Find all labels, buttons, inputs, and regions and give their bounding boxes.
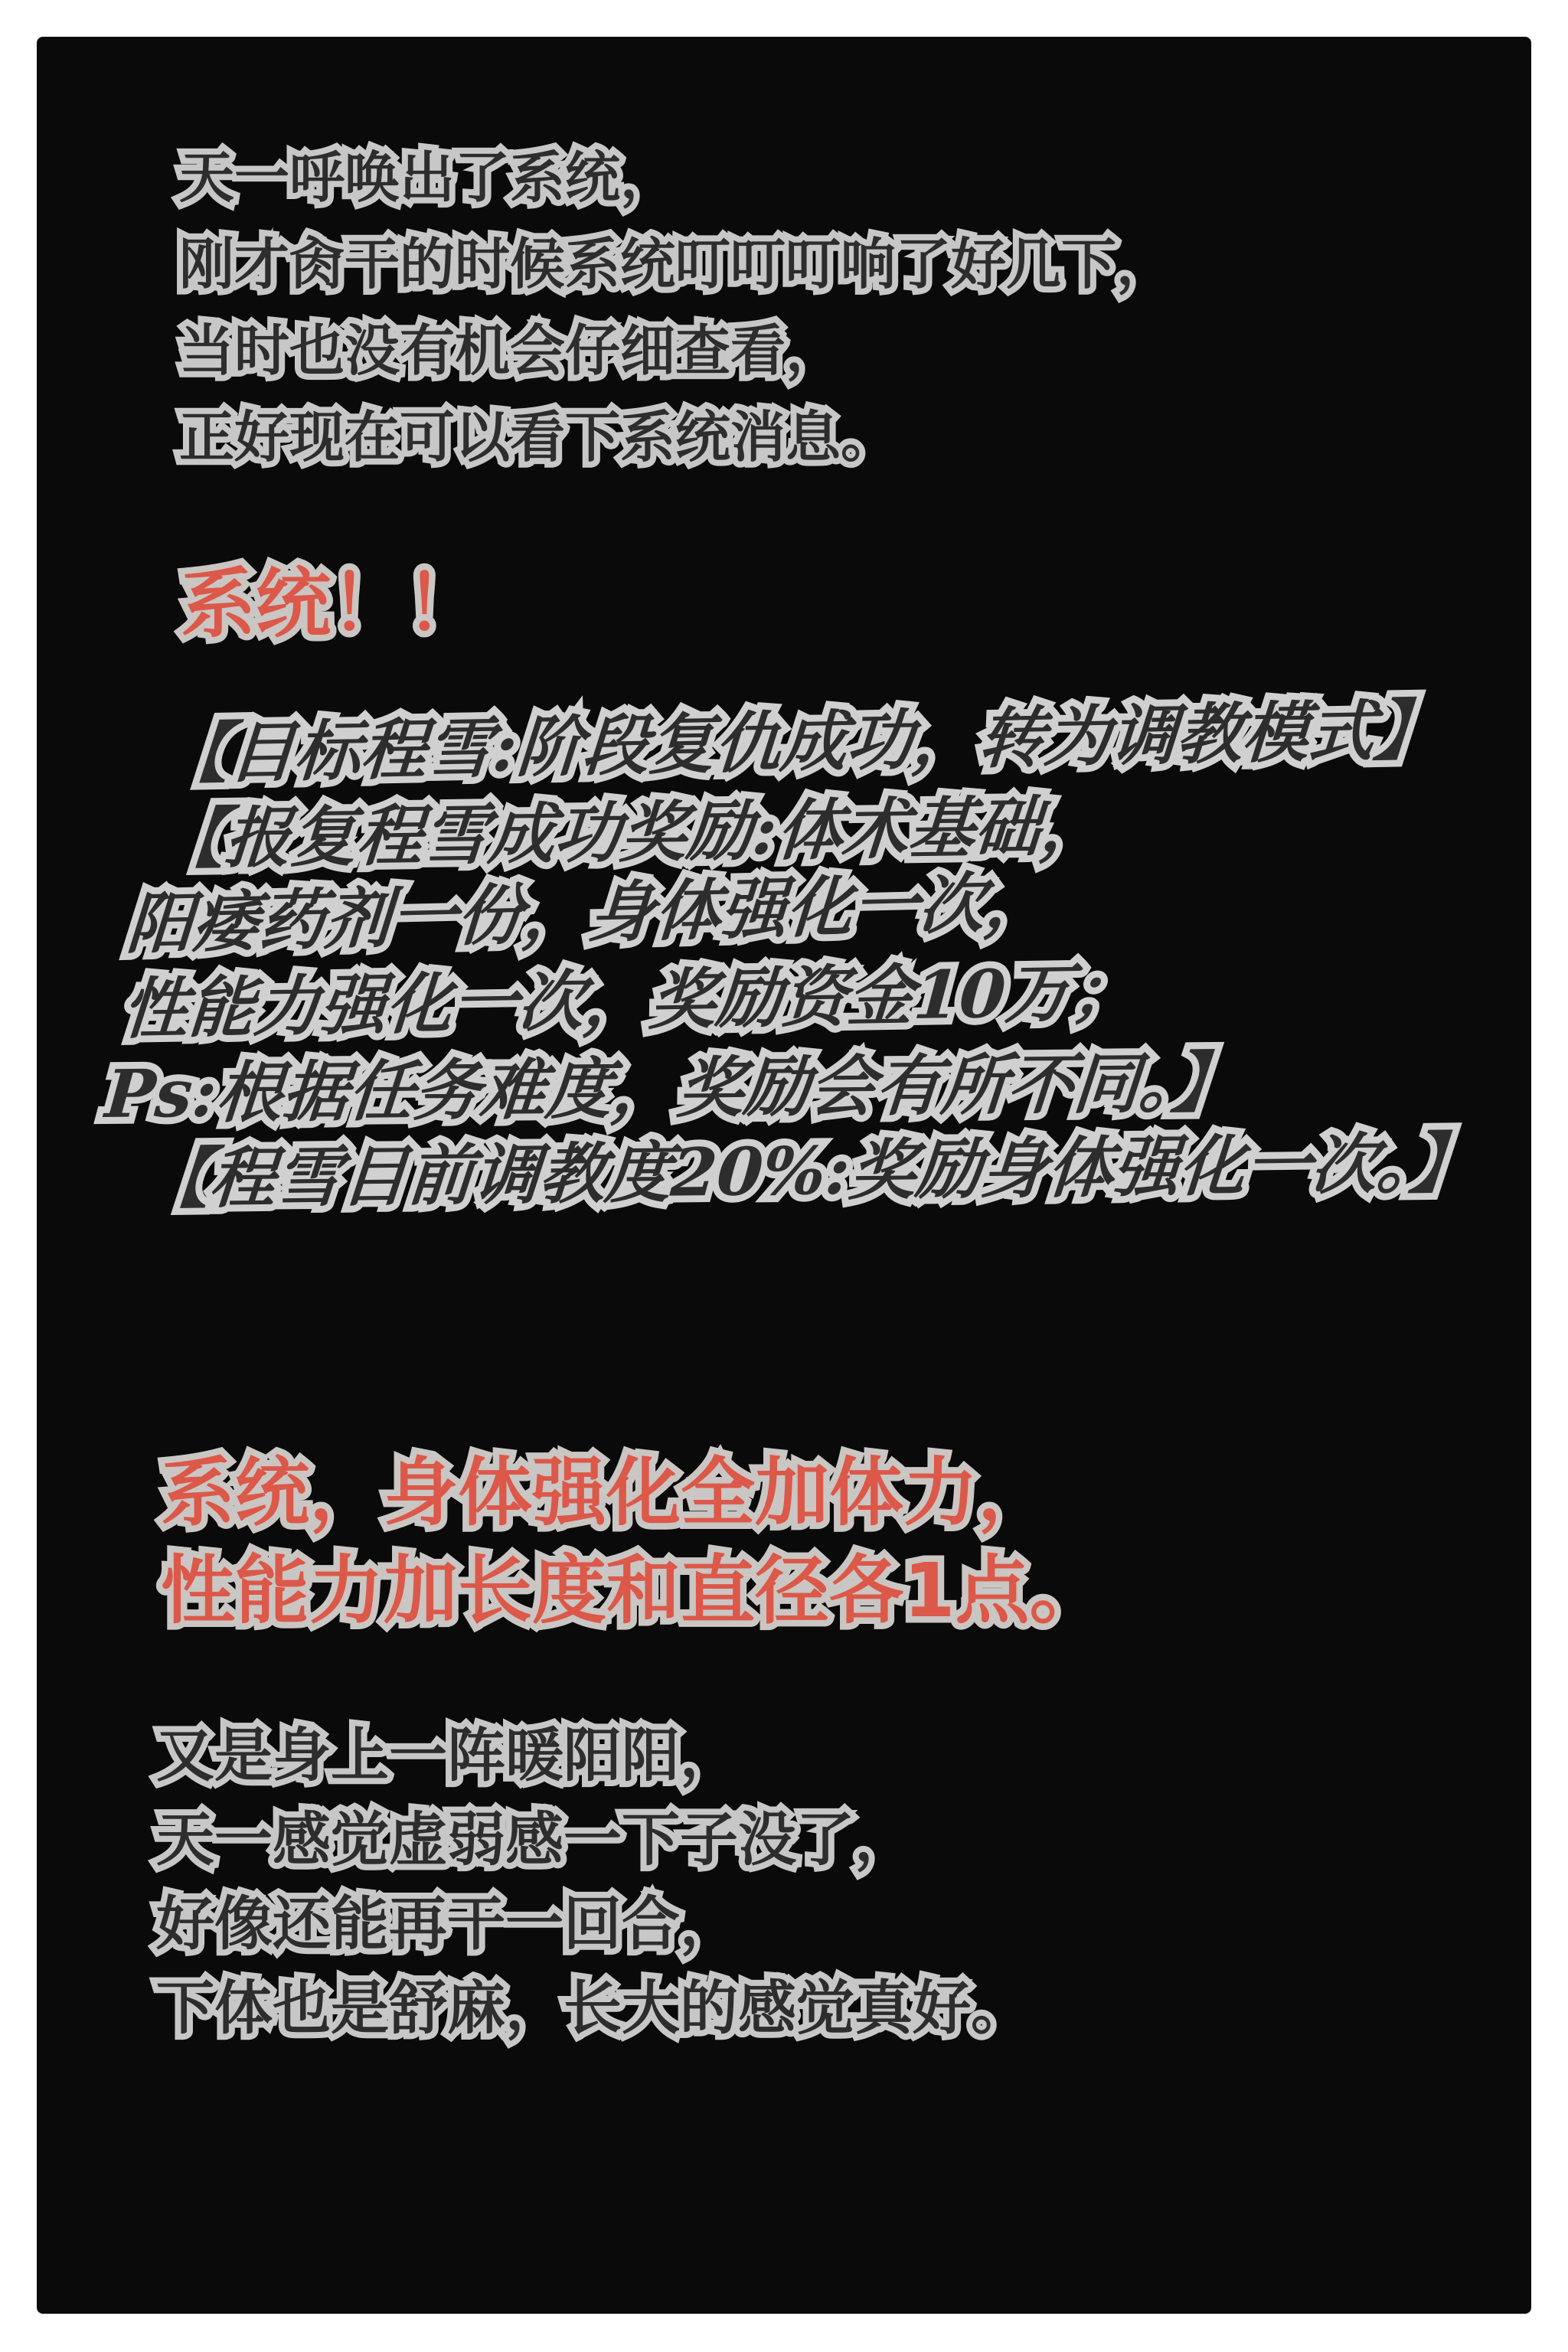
narration-line: 当时也没有机会仔细查看， bbox=[179, 308, 1171, 394]
narration-line: 天一感觉虚弱感一下子没了， bbox=[156, 1798, 1029, 1882]
system-message-block: 【目标程雪:阶段复仇成功，转为调教模式】 【报复程雪成功奖励:体术基础， 阳痿药… bbox=[37, 712, 1475, 1222]
command-line: 性能力加长度和直径各1点。 bbox=[161, 1542, 1104, 1640]
system-message-line: Ps:根据任务难度，奖励会有所不同。】 bbox=[103, 1037, 1479, 1137]
page-margin: { "page": { "margin_color": "#ffffff", "… bbox=[0, 0, 1568, 2352]
shout-line: 系统！！ bbox=[181, 557, 481, 651]
system-shout: 系统！！ bbox=[181, 557, 481, 651]
system-message-line: 【程雪目前调教度20%:奖励身体强化一次。】 bbox=[141, 1121, 1479, 1222]
upgrade-command-block: 系统，身体强化全加体力， 性能力加长度和直径各1点。 bbox=[161, 1444, 1104, 1640]
system-message-line: 【目标程雪:阶段复仇成功，转为调教模式】 bbox=[160, 687, 1479, 797]
narration-line: 好像还能再干一回合， bbox=[156, 1882, 1029, 1966]
narration-top: 天一呼唤出了系统， 刚才肏干的时候系统叮叮叮响了好几下， 当时也没有机会仔细查看… bbox=[179, 135, 1171, 481]
narration-line: 下体也是舒麻，长大的感觉真好。 bbox=[156, 1966, 1029, 2050]
narration-line: 又是身上一阵暖阳阳， bbox=[156, 1713, 1029, 1798]
command-line: 系统，身体强化全加体力， bbox=[161, 1444, 1104, 1542]
narration-line: 天一呼唤出了系统， bbox=[179, 135, 1171, 221]
comic-page-panel: 天一呼唤出了系统， 刚才肏干的时候系统叮叮叮响了好几下， 当时也没有机会仔细查看… bbox=[37, 37, 1531, 2314]
narration-line: 正好现在可以看下系统消息。 bbox=[179, 394, 1171, 481]
narration-bottom: 又是身上一阵暖阳阳， 天一感觉虚弱感一下子没了， 好像还能再干一回合， 下体也是… bbox=[156, 1713, 1029, 2050]
narration-line: 刚才肏干的时候系统叮叮叮响了好几下， bbox=[179, 221, 1171, 308]
